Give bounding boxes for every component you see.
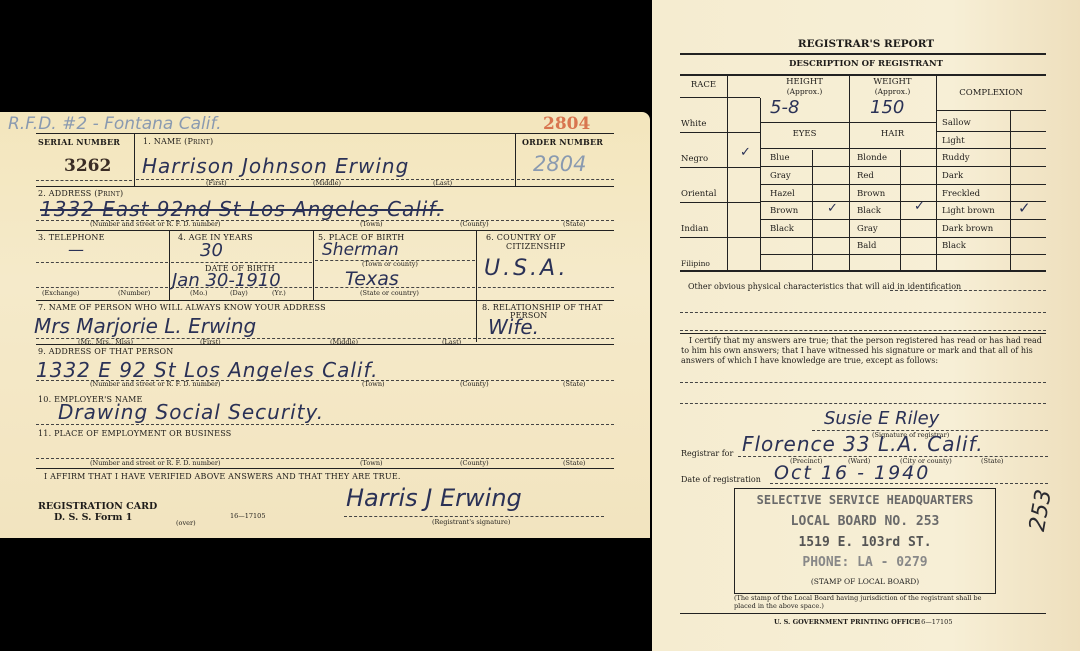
weight-value: 150 bbox=[870, 97, 904, 118]
contact-address-town-caption: (Town) bbox=[362, 380, 385, 388]
stamp-line-2: LOCAL BOARD NO. 253 bbox=[735, 514, 995, 529]
form-title: REGISTRATION CARD bbox=[38, 501, 157, 512]
dob-month-caption: (Mo.) bbox=[190, 289, 208, 297]
local-board-stamp-box: SELECTIVE SERVICE HEADQUARTERS LOCAL BOA… bbox=[734, 488, 996, 594]
date-of-registration-label: Date of registration bbox=[681, 475, 761, 484]
citizenship-label-2: CITIZENSHIP bbox=[506, 242, 565, 251]
order-number-label: ORDER NUMBER bbox=[522, 137, 603, 147]
telephone-number-caption: (Number) bbox=[118, 289, 150, 297]
hair-option-black: Black bbox=[857, 206, 881, 216]
weight-approx: (Approx.) bbox=[849, 87, 936, 96]
dob-year-caption: (Yr.) bbox=[272, 289, 286, 297]
contact-value: Mrs Marjorie L. Erwing bbox=[34, 314, 256, 338]
printing-office-footer: U. S. GOVERNMENT PRINTING OFFICE bbox=[774, 618, 919, 626]
side-board-number: 253 bbox=[1025, 488, 1057, 534]
telephone-value: — bbox=[68, 240, 84, 259]
height-approx: (Approx.) bbox=[760, 87, 849, 96]
workplace-state-caption: (State) bbox=[563, 459, 585, 467]
complexion-option-dark-brown: Dark brown bbox=[942, 224, 993, 234]
description-subtitle: DESCRIPTION OF REGISTRANT bbox=[676, 59, 1056, 69]
workplace-town-caption: (Town) bbox=[360, 459, 383, 467]
over-note: (over) bbox=[176, 519, 196, 527]
complexion-header: COMPLEXION bbox=[936, 88, 1046, 98]
hair-option-bald: Bald bbox=[857, 241, 876, 251]
signature-caption: (Registrant's signature) bbox=[432, 518, 510, 526]
race-option-filipino: Filipino bbox=[681, 259, 710, 268]
contact-address-street-caption: (Number and street or R. F. D. number) bbox=[90, 380, 221, 388]
contact-address-state-caption: (State) bbox=[563, 380, 585, 388]
serial-number-label: SERIAL NUMBER bbox=[38, 137, 120, 147]
hair-option-gray: Gray bbox=[857, 224, 878, 234]
height-value: 5-8 bbox=[770, 97, 799, 118]
workplace-street-caption: (Number and street or R. F. D. number) bbox=[90, 459, 221, 467]
stamp-line-4: PHONE: LA - 0279 bbox=[735, 555, 995, 570]
registrar-signature: Susie E Riley bbox=[824, 408, 939, 429]
age-value: 30 bbox=[200, 240, 223, 261]
registration-card-front: R.F.D. #2 - Fontana Calif. 2804 SERIAL N… bbox=[0, 112, 650, 538]
registrar-for-label: Registrar for bbox=[681, 449, 733, 458]
form-number: D. S. S. Form 1 bbox=[54, 512, 132, 523]
stamp-line-3: 1519 E. 103rd ST. bbox=[735, 535, 995, 550]
registrar-for-value: Florence 33 L.A. Calif. bbox=[742, 432, 984, 456]
employer-value: Drawing Social Security. bbox=[58, 400, 324, 424]
eyes-brown-check-icon: ✓ bbox=[827, 201, 838, 216]
dob-day-caption: (Day) bbox=[230, 289, 248, 297]
registrant-signature: Harris J Erwing bbox=[346, 484, 522, 512]
weight-header: WEIGHT bbox=[849, 77, 936, 87]
affirmation-text: I AFFIRM THAT I HAVE VERIFIED ABOVE ANSW… bbox=[44, 472, 401, 481]
contact-address-county-caption: (County) bbox=[460, 380, 489, 388]
hair-header: HAIR bbox=[849, 129, 936, 139]
name-label: 1. NAME (Print) bbox=[143, 137, 213, 146]
race-negro-check-icon: ✓ bbox=[740, 145, 751, 160]
race-header: RACE bbox=[680, 80, 727, 90]
order-number-value: 2804 bbox=[533, 152, 586, 176]
stamp-line-1: SELECTIVE SERVICE HEADQUARTERS bbox=[735, 493, 995, 507]
eyes-option-blue: Blue bbox=[770, 153, 789, 163]
height-header: HEIGHT bbox=[760, 77, 849, 87]
registration-card-back: REGISTRAR'S REPORT DESCRIPTION OF REGIST… bbox=[652, 0, 1080, 651]
birthplace-town-caption: (Town or county) bbox=[362, 260, 418, 268]
race-option-white: White bbox=[681, 119, 706, 129]
race-option-oriental: Oriental bbox=[681, 189, 716, 199]
printing-code: 16—17105 bbox=[917, 618, 952, 626]
complexion-option-light-brown: Light brown bbox=[942, 206, 995, 216]
date-of-registration-value: Oct 16 - 1940 bbox=[774, 462, 930, 484]
address-county-caption: (County) bbox=[460, 220, 489, 228]
address-street-caption: (Number and street or R. F. D. number) bbox=[90, 220, 221, 228]
certify-statement: I certify that my answers are true; that… bbox=[681, 336, 1047, 366]
stamp-caption: (STAMP OF LOCAL BOARD) bbox=[735, 577, 995, 586]
telephone-exchange-caption: (Exchange) bbox=[42, 289, 79, 297]
race-option-negro: Negro bbox=[681, 154, 708, 164]
birthplace-town-value: Sherman bbox=[322, 240, 399, 260]
relationship-value: Wife. bbox=[488, 315, 539, 339]
address-value: 1332 East 92nd St Los Angeles Calif. bbox=[40, 197, 443, 221]
workplace-county-caption: (County) bbox=[460, 459, 489, 467]
complexion-light-brown-check-icon: ✓ bbox=[1018, 199, 1031, 217]
eyes-option-black: Black bbox=[770, 224, 794, 234]
hair-option-red: Red bbox=[857, 171, 874, 181]
address-state-caption: (State) bbox=[563, 220, 585, 228]
hair-option-brown: Brown bbox=[857, 189, 885, 199]
complexion-option-dark: Dark bbox=[942, 171, 963, 181]
race-option-indian: Indian bbox=[681, 224, 709, 234]
print-code: 16—17105 bbox=[230, 512, 265, 520]
serial-number-value: 3262 bbox=[64, 156, 111, 176]
contact-address-label: 9. ADDRESS OF THAT PERSON bbox=[38, 347, 173, 356]
workplace-label: 11. PLACE OF EMPLOYMENT OR BUSINESS bbox=[38, 429, 231, 438]
registrar-report-title: REGISTRAR'S REPORT bbox=[676, 38, 1056, 50]
eyes-header: EYES bbox=[760, 129, 849, 139]
stamp-note: (The stamp of the Local Board having jur… bbox=[734, 595, 1004, 610]
eyes-option-hazel: Hazel bbox=[770, 189, 795, 199]
contact-address-value: 1332 E 92 St Los Angeles Calif. bbox=[36, 358, 378, 382]
hair-black-check-icon: ✓ bbox=[914, 199, 925, 214]
contact-label: 7. NAME OF PERSON WHO WILL ALWAYS KNOW Y… bbox=[38, 303, 326, 312]
complexion-option-freckled: Freckled bbox=[942, 189, 980, 199]
eyes-option-gray: Gray bbox=[770, 171, 791, 181]
complexion-option-light: Light bbox=[942, 136, 965, 146]
state-caption: (State) bbox=[981, 457, 1003, 465]
citizenship-value: U.S.A. bbox=[484, 256, 569, 281]
complexion-option-sallow: Sallow bbox=[942, 118, 971, 128]
birthplace-state-caption: (State or country) bbox=[360, 289, 419, 297]
order-number-stamp: 2804 bbox=[543, 114, 590, 134]
hair-option-blonde: Blonde bbox=[857, 153, 887, 163]
rfd-annotation: R.F.D. #2 - Fontana Calif. bbox=[8, 114, 222, 134]
complexion-option-ruddy: Ruddy bbox=[942, 153, 970, 163]
name-value: Harrison Johnson Erwing bbox=[142, 154, 409, 178]
eyes-option-brown: Brown bbox=[770, 206, 798, 216]
citizenship-label: 6. COUNTRY OF bbox=[486, 233, 556, 242]
address-town-caption: (Town) bbox=[360, 220, 383, 228]
complexion-option-black: Black bbox=[942, 241, 966, 251]
